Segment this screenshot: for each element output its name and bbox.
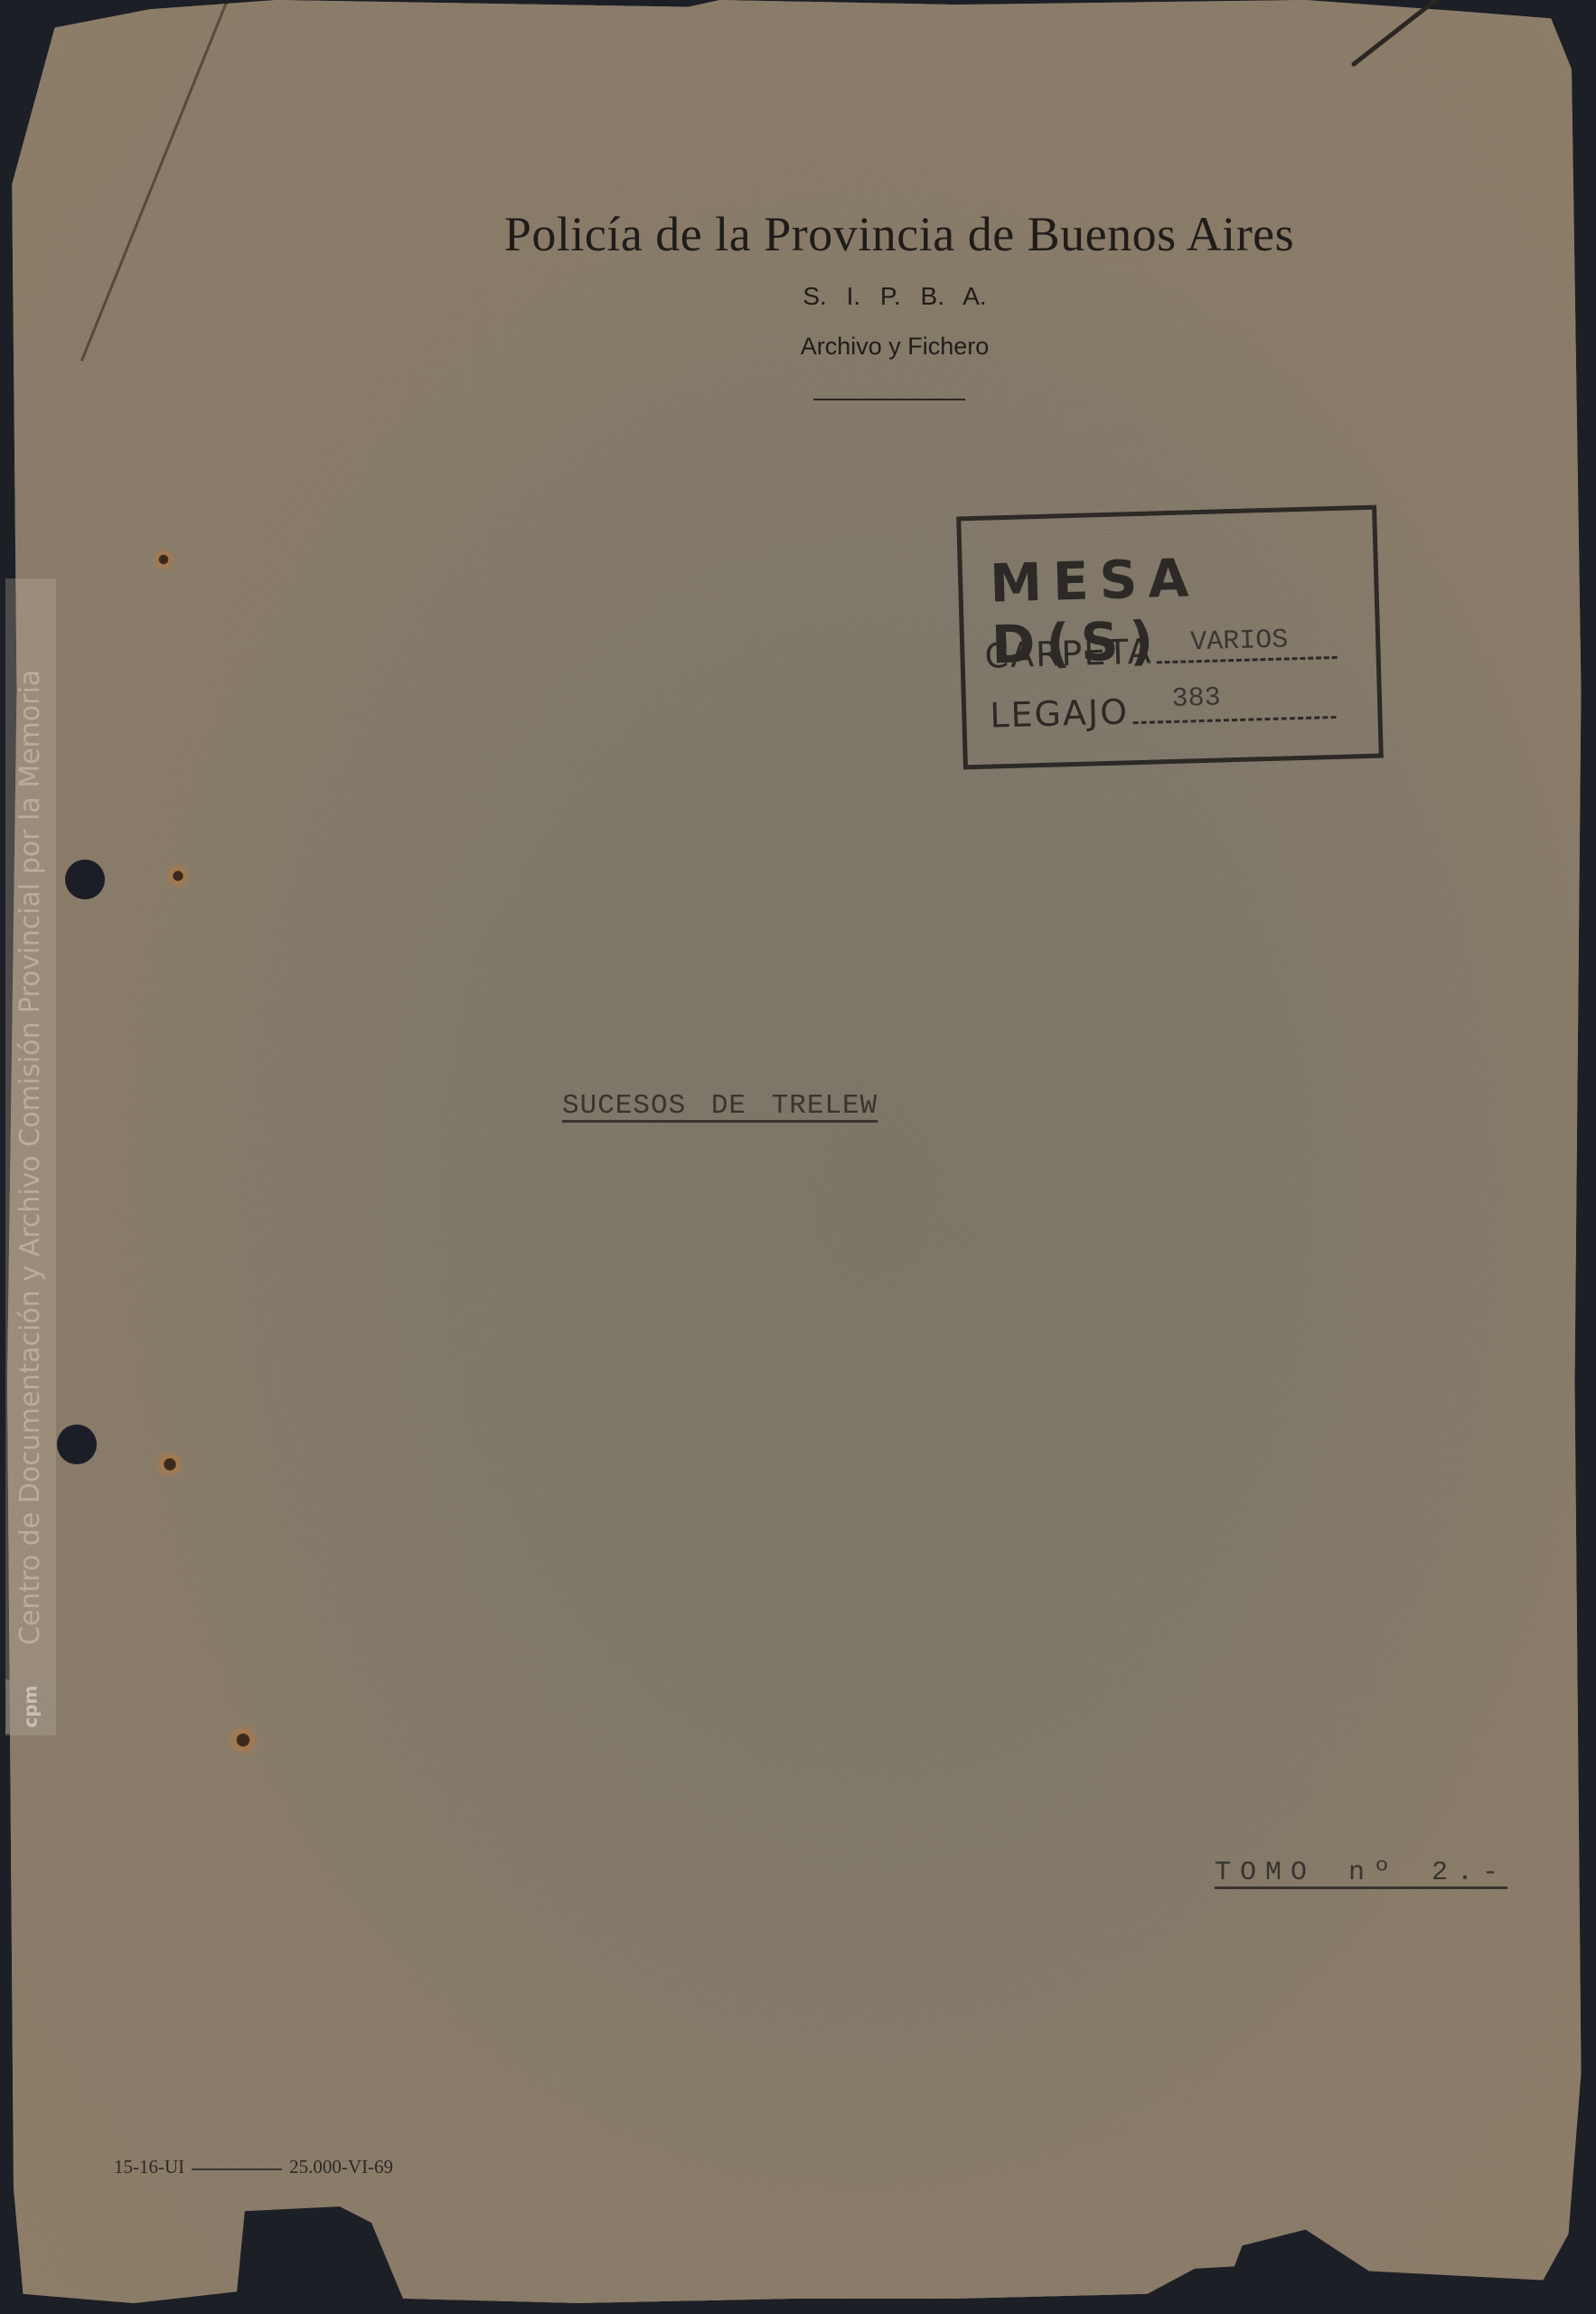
form-code-left: 15-16-UI (114, 2156, 184, 2178)
filing-stamp: MESA D(S) CARPETA VARIOS LEGAJO 383 (956, 505, 1384, 770)
cpm-logo-text: cpm (20, 1685, 42, 1727)
volume-number: TOMO nº 2.- (1215, 1858, 1507, 1888)
carpeta-value: VARIOS (1190, 625, 1289, 658)
rust-stain (164, 863, 192, 889)
form-code-dash (192, 2168, 282, 2170)
legajo-label: LEGAJO (990, 691, 1130, 735)
legajo-line: 383 (1132, 698, 1337, 724)
section-name: Archivo y Fichero (705, 333, 1084, 361)
archive-watermark-text: Centro de Documentación y Archivo Comisi… (7, 578, 54, 1645)
header-divider (813, 399, 965, 400)
rust-stain (228, 1722, 258, 1758)
division-name: S. I. P. B. A. (705, 282, 1084, 311)
cpm-logo: cpm (5, 1679, 56, 1734)
stamp-carpeta-row: CARPETA VARIOS (984, 626, 1338, 676)
institution-title: Policía de la Provincia de Buenos Aires (425, 206, 1374, 262)
punch-hole-top (65, 860, 105, 899)
legajo-value: 383 (1171, 682, 1221, 714)
rust-stain (152, 1452, 188, 1477)
file-subject: SUCESOS DE TRELEW (562, 1090, 878, 1122)
punch-hole-bottom (57, 1425, 97, 1464)
form-code: 15-16-UI 25.000-VI-69 (114, 2156, 393, 2178)
form-code-right: 25.000-VI-69 (289, 2156, 393, 2178)
carpeta-line: VARIOS (1156, 638, 1338, 664)
stamp-legajo-row: LEGAJO 383 (990, 686, 1337, 736)
rust-stain (152, 547, 175, 572)
carpeta-label: CARPETA (984, 632, 1153, 676)
